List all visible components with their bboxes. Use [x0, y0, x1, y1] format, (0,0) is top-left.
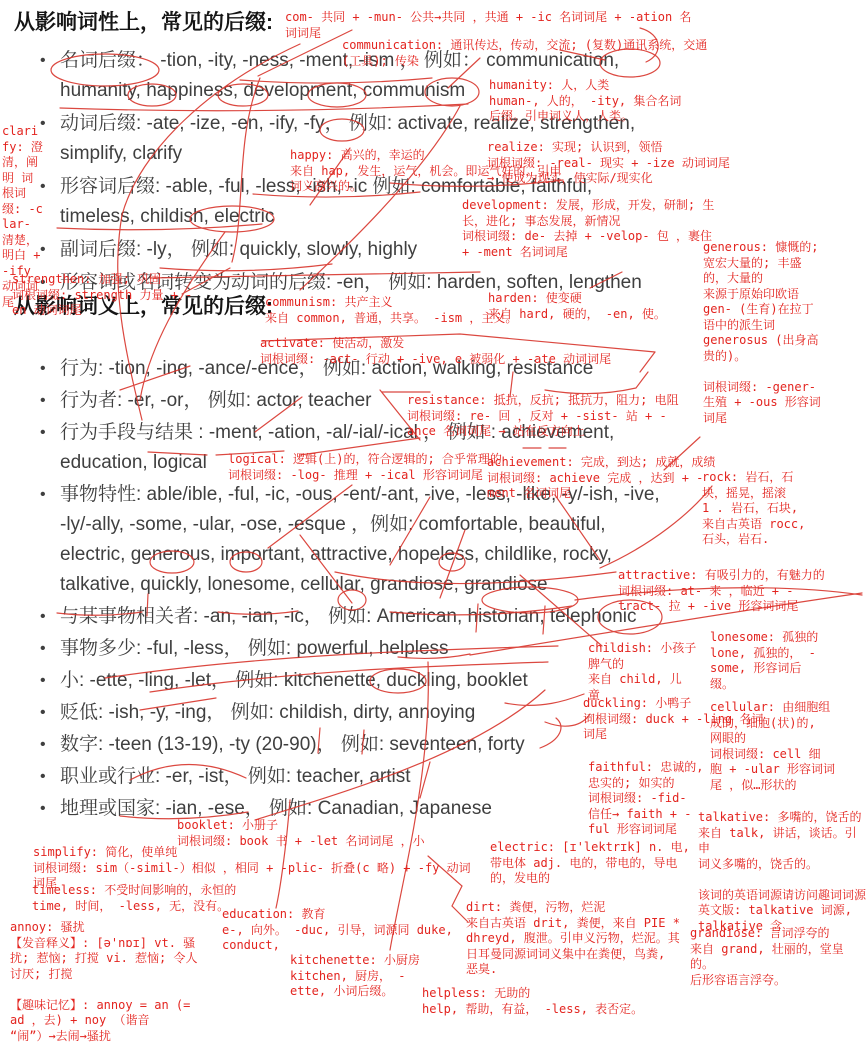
document-page: 从影响词性上，常见的后缀: 从影响词义上，常见的后缀: 名词后缀： -tion,…: [0, 0, 868, 1055]
annotation-strengthen: strengthen: 加强; 巩固 词根词缀: strength 力量 + -…: [12, 272, 242, 319]
list-item: 与某事物相关者: -an, -ian, -ic， 例如: American, h…: [36, 602, 668, 632]
annotation-communism: communism: 共产主义 来自 common, 普通，共享。 -ism ，…: [265, 295, 525, 326]
annotation-communication: communication: 通讯传达，传动，交流; (复数)通讯系统，交通 (…: [342, 38, 868, 69]
annotation-realize: realize: 实现; 认识到，领悟 词根词缀: -real- 现实 + -i…: [487, 140, 827, 187]
list-item: 职业或行业: -er, -ist， 例如: teacher, artist: [36, 762, 668, 792]
annotation-rock: rock: 岩石，石 块，摇晃，摇滚 1 . 岩石，石块, 来自古英语 rocc…: [702, 470, 827, 548]
annotation-humanity: humanity: 人，人类 human-, 人的， -ity, 集合名词 后缀…: [489, 78, 719, 125]
annotation-helpless: helpless: 无助的 help, 帮助，有益， -less, 表否定。: [422, 986, 717, 1017]
heading-word-class-suffixes: 从影响词性上，常见的后缀:: [14, 6, 273, 36]
list-item: 贬低: -ish, -y, -ing， 例如: childish, dirty,…: [36, 698, 668, 728]
annotation-faithful: faithful: 忠诚的, 忠实的; 如实的 词根词缀: -fid- 信任→ …: [588, 760, 713, 838]
annotation-activate: activate: 使活动，激发 词根词缀: -act- 行动 + -ive, …: [260, 336, 660, 367]
list-item: 数字: -teen (13-19), -ty (20-90)， 例如: seve…: [36, 730, 668, 760]
annotation-grandiose: grandiose: 言词浮夸的 来自 grand, 壮丽的，堂皇的。 后形容语…: [690, 926, 862, 988]
annotation-resistance: resistance: 抵抗，反抗; 抵抗力，阻力; 电阻 词根词缀: re- …: [407, 393, 737, 440]
annotation-com-mun: com- 共同 + -mun- 公共→共同 ，共通 + -ic 名词词尾 + -…: [285, 10, 865, 41]
annotation-harden: harden: 使变硬 来自 hard, 硬的， -en, 使。: [488, 291, 698, 322]
list-item: 小: -ette, -ling, -let， 例如: kitchenette, …: [36, 666, 668, 696]
annotation-annoy: annoy: 骚扰 【发音释义】: [ə'nɒɪ] vt. 骚 扰; 惹恼; 打…: [10, 920, 210, 1044]
annotation-lonesome: lonesome: 孤独的 lone, 孤独的， - some, 形容词后 缀。: [710, 630, 845, 692]
annotation-childish: childish: 小孩子 脾气的 来自 child, 儿 童: [588, 641, 698, 703]
annotation-cellular: cellular: 由细胞组 成的，细胞(状)的, 网眼的 词根词缀: cell…: [710, 700, 855, 793]
annotation-attractive: attractive: 有吸引力的，有魅力的 词根词缀: at- 来 ，临近 +…: [618, 568, 863, 615]
list-item: 事物多少: -ful, -less， 例如: powerful, helples…: [36, 634, 668, 664]
